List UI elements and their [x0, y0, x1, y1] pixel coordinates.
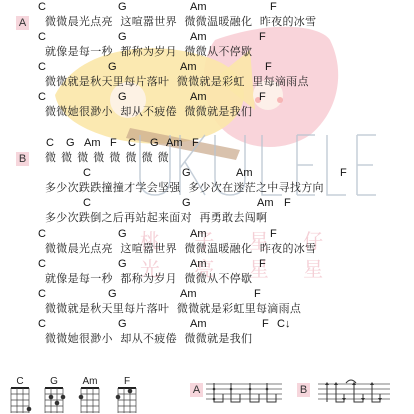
chord-label: Am — [190, 258, 207, 270]
chord-label: F — [259, 91, 266, 103]
chord-diagram-g: G — [42, 377, 66, 414]
chord-label: Am — [257, 197, 274, 209]
chord-label: G — [118, 91, 127, 103]
chord-diagram-am: Am — [78, 377, 102, 414]
lyric-text: 多少次跌倒之后再站起来面对 再勇敢去闯啊 — [45, 211, 267, 225]
chord-label: C — [83, 197, 91, 209]
chord-label: G — [118, 228, 127, 240]
chord-label: F — [340, 167, 347, 179]
lyric-text: 微微晨光点亮 这喧嚣世界 微微温暖融化 昨夜的冰雪 — [45, 15, 316, 29]
chord-label: F — [284, 197, 291, 209]
lyric-text: 微微就是秋天里每片落叶 微微就是彩虹 里每滴雨点 — [45, 75, 309, 89]
chord-diagram-f: F — [115, 377, 139, 414]
chord-label: G — [118, 318, 127, 330]
chord-label: C — [38, 228, 46, 240]
chord-label: G — [108, 61, 117, 73]
lyric-text: 就像是每一秒 都称为岁月 微微从不停歇 — [45, 45, 252, 59]
chord-label: F — [265, 61, 272, 73]
lyrics-sheet: A B C G Am F 微微晨光点亮 这喧嚣世界 微微温暖融化 昨夜的冰雪 C… — [0, 0, 414, 360]
chord-label: Am — [236, 167, 253, 179]
lyric-text: 多少次跌跌撞撞才学会坚强 多少次在迷茫之中寻找方向 — [45, 181, 324, 195]
section-badge-b: B — [16, 152, 29, 166]
chord-label: Am — [190, 31, 207, 43]
chord-diagram-name: G — [42, 377, 66, 387]
chord-label: G — [118, 258, 127, 270]
chord-label: Am — [190, 318, 207, 330]
chord-label: C — [38, 31, 46, 43]
strum-pattern-a-icon — [206, 381, 286, 403]
lyric-text: 微微晨光点亮 这喧嚣世界 微微温暖融化 昨夜的冰雪 — [45, 242, 316, 256]
chord-label: Am — [180, 288, 197, 300]
chord-label: C↓ — [277, 318, 290, 330]
strum-pattern-b-badge: B — [297, 383, 310, 397]
chord-diagram-name: F — [115, 377, 139, 387]
chord-label: F — [110, 137, 117, 149]
section-badge-a: A — [16, 16, 29, 30]
chord-label: C — [38, 61, 46, 73]
chord-label: C — [38, 258, 46, 270]
chord-label: Am — [180, 61, 197, 73]
chord-label: Am — [190, 91, 207, 103]
chord-label: C — [38, 1, 46, 13]
chord-label: C — [38, 91, 46, 103]
chord-label: G — [150, 137, 159, 149]
chord-diagram-c: C — [8, 377, 32, 414]
chord-diagram-name: C — [8, 377, 32, 387]
strum-pattern-b-icon — [318, 377, 393, 403]
chord-label: F — [259, 258, 266, 270]
chord-label: Am — [190, 228, 207, 240]
lyric-text: 微微她很渺小 却从不疲倦 微微就是我们 — [45, 105, 252, 119]
chord-label: C — [128, 137, 136, 149]
chord-label: Am — [84, 137, 101, 149]
lyric-text: 微微她很渺小 却从不疲倦 微微就是我们 — [45, 332, 252, 346]
lyric-text: 微微就是秋天里每片落叶 微微就是彩虹里每滴雨点 — [45, 302, 301, 316]
chord-label: F — [270, 228, 277, 240]
strum-pattern-a-badge: A — [190, 383, 203, 397]
chord-label: F — [259, 31, 266, 43]
chord-label: C — [38, 288, 46, 300]
chord-label: Am — [166, 137, 183, 149]
chord-label: G — [182, 197, 191, 209]
chord-label: F — [192, 137, 199, 149]
chord-label: G — [66, 137, 75, 149]
chord-label: Am — [190, 1, 207, 13]
chord-label: C — [46, 137, 54, 149]
chord-label: C — [83, 167, 91, 179]
chord-label: G — [108, 288, 117, 300]
lyric-text: 微 微 微 微 微 微 微 微 — [45, 151, 169, 165]
chord-label: C — [38, 318, 46, 330]
chord-label: F — [262, 318, 269, 330]
chord-diagram-name: Am — [78, 377, 102, 387]
chord-label: F — [254, 288, 261, 300]
chord-label: F — [270, 1, 277, 13]
chord-label: G — [118, 1, 127, 13]
lyric-text: 就像是每一秒 都称为岁月 微微从不停歇 — [45, 272, 252, 286]
chord-label: G — [118, 31, 127, 43]
chord-label: G — [182, 167, 191, 179]
